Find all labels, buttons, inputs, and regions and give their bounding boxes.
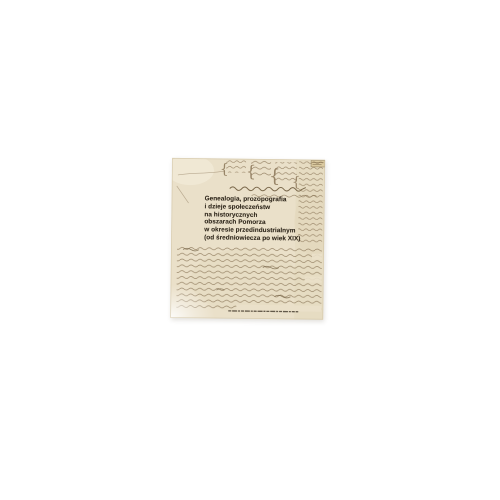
- corner-fade: [170, 263, 246, 319]
- svg-text:{: {: [246, 162, 256, 181]
- book-cover: { { { {: [170, 158, 325, 320]
- product-image: { { { {: [0, 0, 500, 500]
- book-title: Genealogia, prozopografia i dzieje społe…: [204, 195, 324, 243]
- svg-text:{: {: [269, 166, 281, 187]
- book-title-line: (od średniowiecza po wiek XIX): [204, 234, 323, 243]
- svg-text:{: {: [220, 161, 229, 177]
